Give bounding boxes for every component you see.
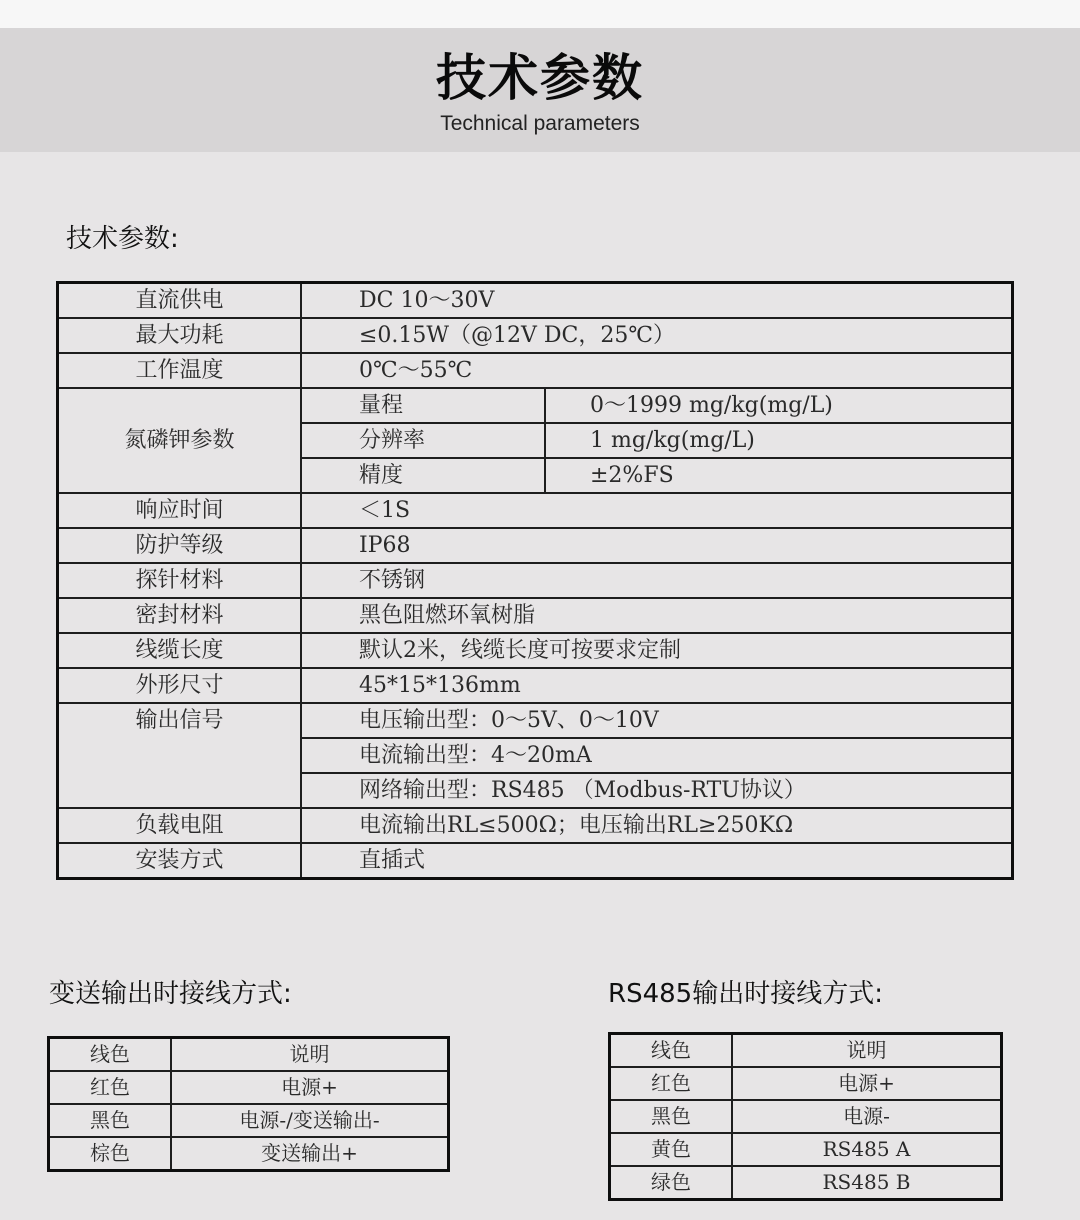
wire-description: 电源+ <box>171 1071 449 1104</box>
spec-value: DC 10～30V <box>301 283 1013 319</box>
top-strip <box>0 0 1080 28</box>
wire-color: 红色 <box>49 1071 172 1104</box>
wire-description: RS485 B <box>732 1166 1002 1200</box>
wire-color: 红色 <box>610 1067 733 1100</box>
wire-color: 黄色 <box>610 1133 733 1166</box>
spec-subkey: 精度 <box>301 458 545 493</box>
table-row: 安装方式 直插式 <box>58 843 1013 879</box>
spec-subkey: 分辨率 <box>301 423 545 458</box>
table-row: 黄色 RS485 A <box>610 1133 1002 1166</box>
spec-key: 最大功耗 <box>58 318 302 353</box>
table-row: 防护等级 IP68 <box>58 528 1013 563</box>
table-row: 探针材料 不锈钢 <box>58 563 1013 598</box>
table-header-row: 线色 说明 <box>49 1038 449 1072</box>
table-row: 输出信号 电压输出型：0～5V、0～10V <box>58 703 1013 738</box>
analog-wiring-table: 线色 说明 红色 电源+ 黑色 电源-/变送输出- 棕色 变送输出+ <box>47 1036 450 1172</box>
spec-key: 防护等级 <box>58 528 302 563</box>
banner-subtitle: Technical parameters <box>0 112 1080 136</box>
table-row: 直流供电 DC 10～30V <box>58 283 1013 319</box>
rs485-wiring-title: RS485输出时接线方式: <box>608 979 883 1009</box>
table-row: 棕色 变送输出+ <box>49 1137 449 1171</box>
spec-subvalue: ±2%FS <box>545 458 1013 493</box>
spec-value: 电压输出型：0～5V、0～10V <box>301 703 1013 738</box>
spec-key: 输出信号 <box>58 703 302 808</box>
spec-value: 不锈钢 <box>301 563 1013 598</box>
column-header: 线色 <box>49 1038 172 1072</box>
column-header: 线色 <box>610 1034 733 1068</box>
spec-value: 网络输出型：RS485 （Modbus-RTU协议） <box>301 773 1013 808</box>
table-row: 最大功耗 ≤0.15W（@12V DC，25℃） <box>58 318 1013 353</box>
spec-key: 安装方式 <box>58 843 302 879</box>
wire-color: 黑色 <box>610 1100 733 1133</box>
wire-description: 电源-/变送输出- <box>171 1104 449 1137</box>
column-header: 说明 <box>732 1034 1002 1068</box>
table-row: 红色 电源+ <box>610 1067 1002 1100</box>
table-row: 响应时间 ＜1S <box>58 493 1013 528</box>
spec-value: IP68 <box>301 528 1013 563</box>
table-row: 黑色 电源- <box>610 1100 1002 1133</box>
spec-section-title: 技术参数: <box>66 224 179 254</box>
table-row: 红色 电源+ <box>49 1071 449 1104</box>
spec-subvalue: 1 mg/kg(mg/L) <box>545 423 1013 458</box>
spec-value: ＜1S <box>301 493 1013 528</box>
spec-key: 负载电阻 <box>58 808 302 843</box>
table-row: 负载电阻 电流输出RL≤500Ω；电压输出RL≥250KΩ <box>58 808 1013 843</box>
spec-subvalue: 0～1999 mg/kg(mg/L) <box>545 388 1013 423</box>
banner-title: 技术参数 <box>0 50 1080 106</box>
wire-color: 棕色 <box>49 1137 172 1171</box>
wire-description: 电源+ <box>732 1067 1002 1100</box>
wire-description: 变送输出+ <box>171 1137 449 1171</box>
spec-table: 直流供电 DC 10～30V 最大功耗 ≤0.15W（@12V DC，25℃） … <box>56 281 1014 880</box>
table-row: 工作温度 0℃～55℃ <box>58 353 1013 388</box>
table-row: 绿色 RS485 B <box>610 1166 1002 1200</box>
spec-value: 黑色阻燃环氧树脂 <box>301 598 1013 633</box>
spec-key: 响应时间 <box>58 493 302 528</box>
spec-subkey: 量程 <box>301 388 545 423</box>
spec-key: 外形尺寸 <box>58 668 302 703</box>
spec-key: 探针材料 <box>58 563 302 598</box>
rs485-wiring-table: 线色 说明 红色 电源+ 黑色 电源- 黄色 RS485 A 绿色 RS485 … <box>608 1032 1003 1201</box>
wire-description: RS485 A <box>732 1133 1002 1166</box>
spec-value: 0℃～55℃ <box>301 353 1013 388</box>
spec-value: 45*15*136mm <box>301 668 1013 703</box>
spec-key: 工作温度 <box>58 353 302 388</box>
spec-key: 氮磷钾参数 <box>58 388 302 493</box>
spec-value: 电流输出型：4～20mA <box>301 738 1013 773</box>
wire-description: 电源- <box>732 1100 1002 1133</box>
table-row: 黑色 电源-/变送输出- <box>49 1104 449 1137</box>
header-banner: 技术参数 Technical parameters <box>0 28 1080 152</box>
spec-value: 直插式 <box>301 843 1013 879</box>
table-row: 线缆长度 默认2米，线缆长度可按要求定制 <box>58 633 1013 668</box>
table-row: 氮磷钾参数 量程 0～1999 mg/kg(mg/L) <box>58 388 1013 423</box>
spec-value: 默认2米，线缆长度可按要求定制 <box>301 633 1013 668</box>
column-header: 说明 <box>171 1038 449 1072</box>
table-header-row: 线色 说明 <box>610 1034 1002 1068</box>
spec-key: 线缆长度 <box>58 633 302 668</box>
spec-key: 直流供电 <box>58 283 302 319</box>
spec-value: 电流输出RL≤500Ω；电压输出RL≥250KΩ <box>301 808 1013 843</box>
table-row: 外形尺寸 45*15*136mm <box>58 668 1013 703</box>
spec-key: 密封材料 <box>58 598 302 633</box>
wire-color: 绿色 <box>610 1166 733 1200</box>
table-row: 密封材料 黑色阻燃环氧树脂 <box>58 598 1013 633</box>
analog-wiring-title: 变送输出时接线方式: <box>49 979 292 1009</box>
wire-color: 黑色 <box>49 1104 172 1137</box>
spec-value: ≤0.15W（@12V DC，25℃） <box>301 318 1013 353</box>
